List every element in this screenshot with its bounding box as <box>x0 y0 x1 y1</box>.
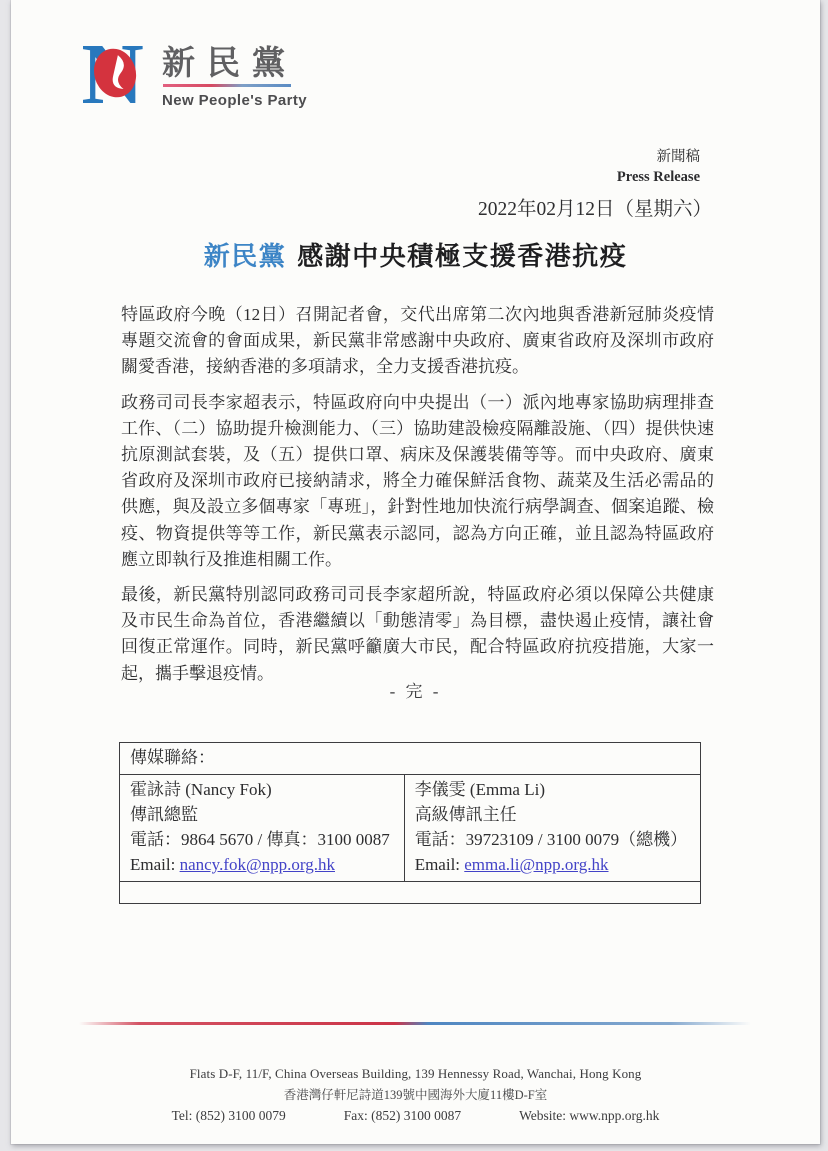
doc-type-block: 新聞稿 Press Release <box>617 148 700 187</box>
contact-title: 傳訊總監 <box>130 802 394 827</box>
media-contacts-table: 傳媒聯絡： 霍詠詩 (Nancy Fok) 傳訊總監 電話：9864 5670 … <box>119 742 701 904</box>
footer-address-zh: 香港灣仔軒尼詩道139號中國海外大廈11樓D-F室 <box>11 1085 820 1103</box>
footer-website: Website: www.npp.org.hk <box>519 1108 659 1124</box>
paragraph-1: 特區政府今晚（12日）召開記者會，交代出席第二次內地與香港新冠肺炎疫情專題交流會… <box>121 302 714 381</box>
contact-card-emma-li: 李儀雯 (Emma Li) 高級傳訊主任 電話：39723109 / 3100 … <box>404 775 700 882</box>
page-title: 新民黨感謝中央積極支援香港抗疫 <box>11 236 820 273</box>
contact-phone: 電話：39723109 / 3100 0079（總機） <box>415 827 690 852</box>
contact-title: 高級傳訊主任 <box>415 802 690 827</box>
footer-fax: Fax: (852) 3100 0087 <box>344 1108 461 1124</box>
contact-email-row: Email: nancy.fok@npp.org.hk <box>130 852 394 877</box>
page-title-rest: 感謝中央積極支援香港抗疫 <box>297 242 627 271</box>
footer-tel: Tel: (852) 3100 0079 <box>172 1108 286 1124</box>
contact-phone: 電話：9864 5670 / 傳真：3100 0087 <box>130 827 394 852</box>
page-title-party: 新民黨 <box>204 242 287 271</box>
release-date: 2022年02月12日（星期六） <box>478 193 712 221</box>
email-label: Email: <box>415 855 460 874</box>
contacts-heading: 傳媒聯絡： <box>120 743 701 775</box>
table-row: 傳媒聯絡： <box>120 743 701 775</box>
contact-card-nancy-fok: 霍詠詩 (Nancy Fok) 傳訊總監 電話：9864 5670 / 傳真：3… <box>120 775 405 882</box>
email-link-emma[interactable]: emma.li@npp.org.hk <box>464 855 608 874</box>
body-text: 特區政府今晚（12日）召開記者會，交代出席第二次內地與香港新冠肺炎疫情專題交流會… <box>121 302 714 696</box>
footer-gradient-line <box>79 1022 751 1025</box>
email-label: Email: <box>130 855 175 874</box>
footer-address-en: Flats D-F, 11/F, China Overseas Building… <box>11 1066 820 1082</box>
contact-name: 李儀雯 (Emma Li) <box>415 777 690 802</box>
doc-type-en: Press Release <box>617 168 700 188</box>
press-release-page: N 新民黨 New People's Party 新聞稿 Press Relea… <box>11 0 820 1144</box>
paragraph-2: 政務司司長李家超表示，特區政府向中央提出（一）派內地專家協助病理排查工作、（二）… <box>121 390 714 573</box>
footer-contact-line: Tel: (852) 3100 0079 Fax: (852) 3100 008… <box>11 1108 820 1124</box>
party-logo: N 新民黨 New People's Party <box>83 33 307 113</box>
contact-email-row: Email: emma.li@npp.org.hk <box>415 852 690 877</box>
party-name-zh: 新民黨 <box>162 45 307 81</box>
footer: Flats D-F, 11/F, China Overseas Building… <box>11 1066 820 1124</box>
doc-type-zh: 新聞稿 <box>617 148 700 168</box>
party-logo-n-icon: N <box>83 33 149 113</box>
empty-table-row <box>120 882 701 904</box>
email-link-nancy[interactable]: nancy.fok@npp.org.hk <box>180 855 335 874</box>
contact-name: 霍詠詩 (Nancy Fok) <box>130 777 394 802</box>
table-row: 霍詠詩 (Nancy Fok) 傳訊總監 電話：9864 5670 / 傳真：3… <box>120 775 701 882</box>
table-row <box>120 882 701 904</box>
photo-background: N 新民黨 New People's Party 新聞稿 Press Relea… <box>0 0 828 1151</box>
logo-gradient-line <box>163 84 291 87</box>
paragraph-3: 最後，新民黨特別認同政務司司長李家超所說，特區政府必須以保障公共健康及市民生命為… <box>121 582 714 687</box>
party-name-en: New People's Party <box>162 92 307 109</box>
party-logo-text: 新民黨 New People's Party <box>162 33 307 109</box>
end-marker: - 完 - <box>11 677 820 702</box>
